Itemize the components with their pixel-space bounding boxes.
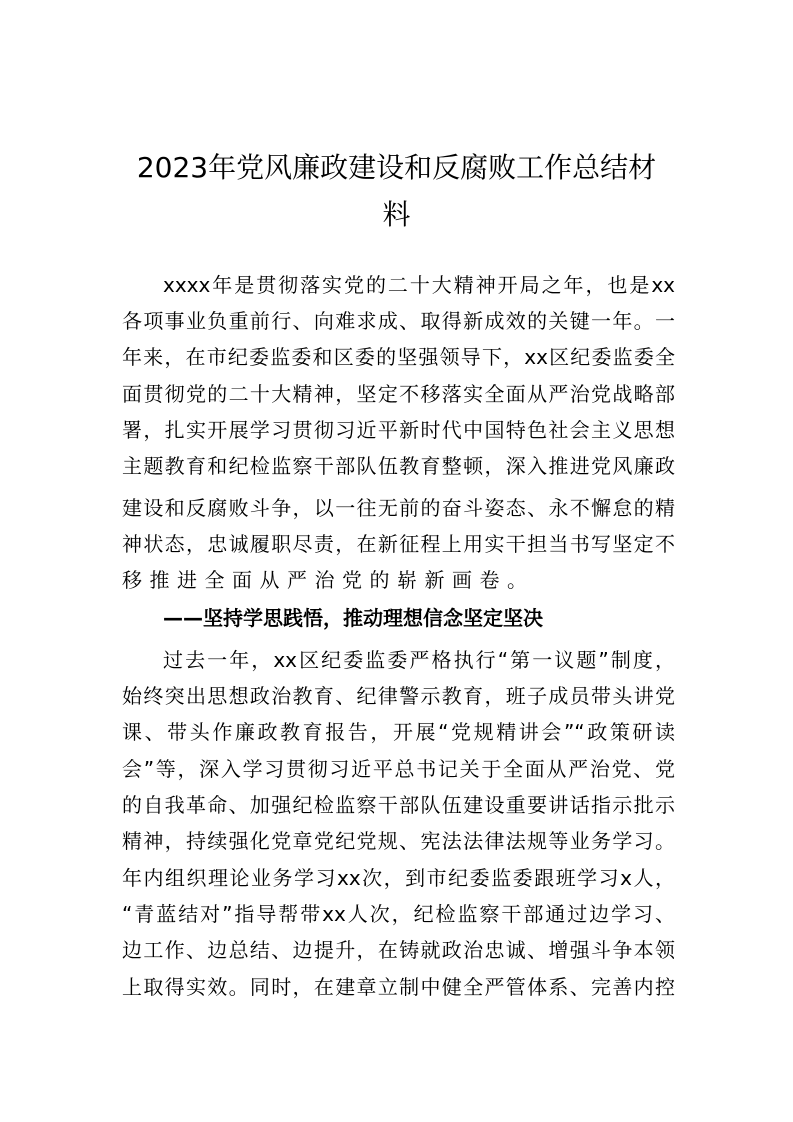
document-title-line-2: 料: [0, 197, 793, 233]
paragraph-2-line-3: 课、带头作廉政教育报告，开展“党规精讲会”“政策研读: [122, 717, 675, 747]
paragraph-2-line-7: 年内组织理论业务学习xx次，到市纪委监委跟班学习x人，: [122, 863, 675, 893]
paragraph-2-line-1: 过去一年，xx区纪委监委严格执行“第一议题”制度，: [163, 645, 675, 675]
document-title-line-1: 2023年党风廉政建设和反腐败工作总结材: [0, 150, 793, 186]
paragraph-1-line-4: 面贯彻党的二十大精神，坚定不移落实全面从严治党战略部: [122, 379, 675, 409]
paragraph-1-line-1: xxxx年是贯彻落实党的二十大精神开局之年，也是xx: [163, 270, 675, 300]
paragraph-1-line-5: 署，扎实开展学习贯彻习近平新时代中国特色社会主义思想: [122, 415, 675, 445]
paragraph-1-line-8: 神状态，忠诚履职尽责，在新征程上用实干担当书写坚定不: [122, 529, 675, 559]
paragraph-2-line-10: 上取得实效。同时，在建章立制中健全严管体系、完善内控: [122, 972, 675, 1002]
paragraph-2-line-4: 会”等，深入学习贯彻习近平总书记关于全面从严治党、党: [122, 754, 675, 784]
paragraph-1-line-6: 主题教育和纪检监察干部队伍教育整顿，深入推进党风廉政: [122, 451, 675, 481]
section-heading: ——坚持学思践悟，推动理想信念坚定坚决: [163, 603, 543, 633]
paragraph-1-line-9: 移推进全面从严治党的崭新画卷。: [122, 565, 675, 595]
paragraph-2-line-9: 边工作、边总结、边提升，在铸就政治忠诚、增强斗争本领: [122, 935, 675, 965]
paragraph-1-line-2: 各项事业负重前行、向难求成、取得新成效的关键一年。一: [122, 306, 675, 336]
paragraph-1-line-7: 建设和反腐败斗争，以一往无前的奋斗姿态、永不懈怠的精: [122, 493, 675, 523]
paragraph-2-line-8: “青蓝结对”指导帮带xx人次，纪检监察干部通过边学习、: [122, 899, 675, 929]
paragraph-2-line-5: 的自我革命、加强纪检监察干部队伍建设重要讲话指示批示: [122, 790, 675, 820]
document-page: 2023年党风廉政建设和反腐败工作总结材 料 xxxx年是贯彻落实党的二十大精神…: [0, 0, 793, 1122]
paragraph-1-line-3: 年来，在市纪委监委和区委的坚强领导下，xx区纪委监委全: [122, 342, 675, 372]
paragraph-2-line-6: 精神，持续强化党章党纪党规、宪法法律法规等业务学习。: [122, 826, 675, 856]
paragraph-2-line-2: 始终突出思想政治教育、纪律警示教育，班子成员带头讲党: [122, 681, 675, 711]
